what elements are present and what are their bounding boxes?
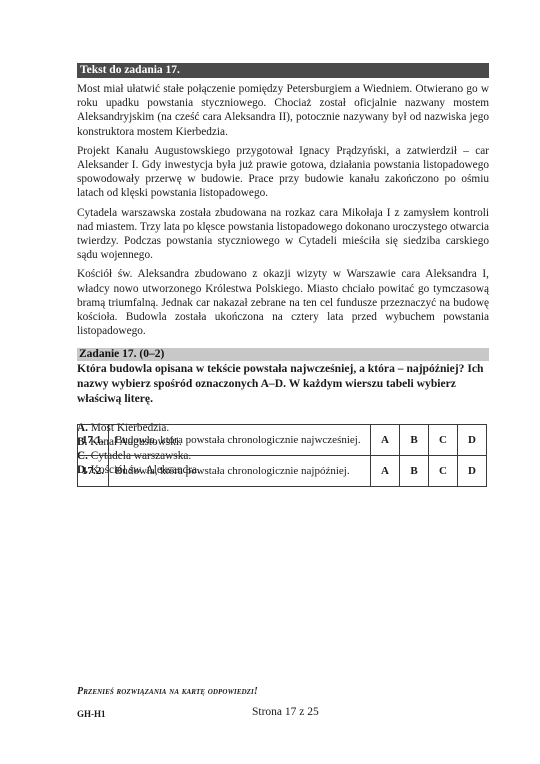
source-text-header: Tekst do zadania 17. bbox=[77, 63, 489, 78]
paragraph-citadel: Cytadela warszawska została zbudowana na… bbox=[77, 206, 489, 263]
exam-code: GH-H1 bbox=[77, 709, 106, 719]
choice-a[interactable]: A bbox=[371, 425, 400, 456]
choice-d[interactable]: D bbox=[458, 456, 487, 487]
choice-c[interactable]: C bbox=[429, 425, 458, 456]
row-number: 17.2. bbox=[78, 456, 109, 487]
paragraph-bridge: Most miał ułatwić stałe połączenie pomię… bbox=[77, 82, 489, 139]
paragraph-canal: Projekt Kanału Augustowskiego przygotowa… bbox=[77, 144, 489, 201]
choice-b[interactable]: B bbox=[400, 425, 429, 456]
answer-table: 17.1. Budowla, która powstała chronologi… bbox=[77, 424, 487, 487]
choice-d[interactable]: D bbox=[458, 425, 487, 456]
row-description: Budowla, która powstała chronologicznie … bbox=[109, 456, 371, 487]
paragraph-church: Kościół św. Aleksandra zbudowano z okazj… bbox=[77, 267, 489, 338]
choice-c[interactable]: C bbox=[429, 456, 458, 487]
table-row: 17.2. Budowla, która powstała chronologi… bbox=[78, 456, 487, 487]
table-row: 17.1. Budowla, która powstała chronologi… bbox=[78, 425, 487, 456]
row-number: 17.1. bbox=[78, 425, 109, 456]
choice-a[interactable]: A bbox=[371, 456, 400, 487]
choice-b[interactable]: B bbox=[400, 456, 429, 487]
footer-instruction: Przenieś rozwiązania na kartę odpowiedzi… bbox=[77, 686, 258, 697]
row-description: Budowla, która powstała chronologicznie … bbox=[109, 425, 371, 456]
task-question: Która budowla opisana w tekście powstała… bbox=[77, 361, 489, 406]
exam-page: Tekst do zadania 17. Most miał ułatwić s… bbox=[0, 0, 540, 764]
content-column: Tekst do zadania 17. Most miał ułatwić s… bbox=[77, 63, 489, 477]
task-header: Zadanie 17. (0–2) bbox=[77, 348, 489, 361]
page-number: Strona 17 z 25 bbox=[252, 706, 319, 718]
